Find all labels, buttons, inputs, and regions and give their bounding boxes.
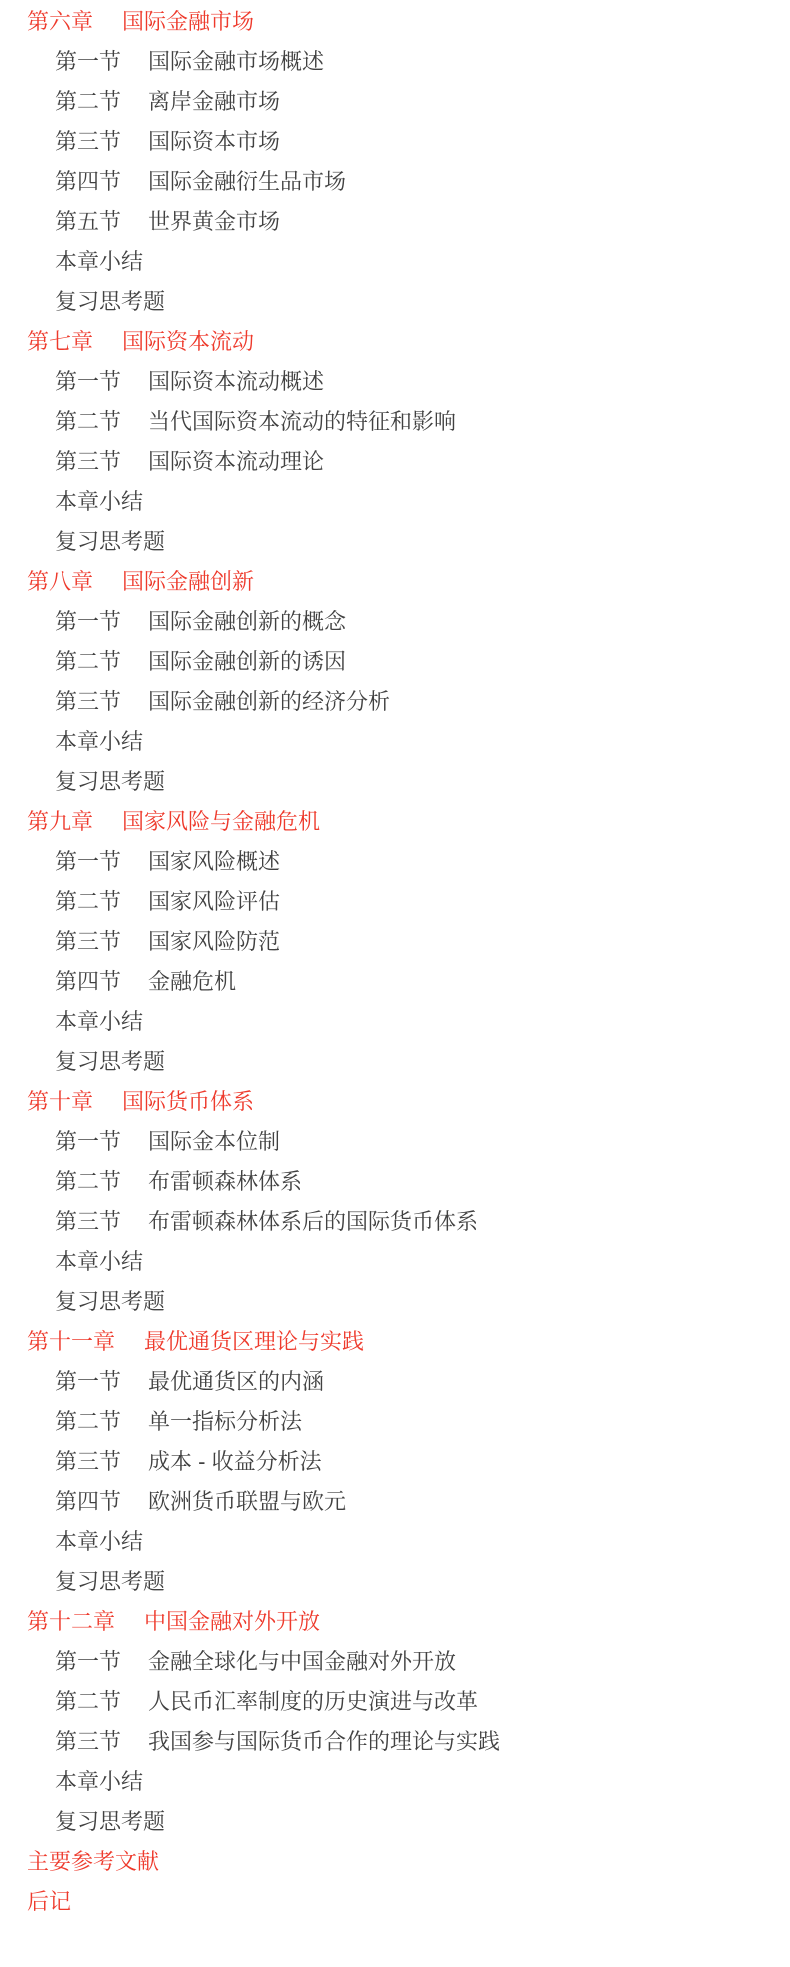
toc-entry-title: 本章小结 <box>55 1762 143 1802</box>
toc-backmatter-row[interactable]: 主要参考文献 <box>0 1842 790 1882</box>
toc-section-row[interactable]: 第三节国家风险防范 <box>0 922 790 962</box>
toc-entry-title: 国家风险评估 <box>148 882 280 922</box>
toc-entry-title: 国际金融创新的诱因 <box>148 642 346 682</box>
toc-entry-label: 第二节 <box>55 882 121 922</box>
toc-entry-title: 复习思考题 <box>55 762 165 802</box>
toc-entry-title: 本章小结 <box>55 482 143 522</box>
toc-entry-title: 离岸金融市场 <box>148 82 280 122</box>
toc-chapter-row[interactable]: 第九章国家风险与金融危机 <box>0 802 790 842</box>
toc-entry-title: 国家风险防范 <box>148 922 280 962</box>
toc-entry-title: 本章小结 <box>55 722 143 762</box>
toc-entry-label: 第三节 <box>55 682 121 722</box>
toc-entry-title: 单一指标分析法 <box>148 1402 302 1442</box>
toc-entry-label: 第三节 <box>55 442 121 482</box>
toc-section-row[interactable]: 第三节国际资本流动理论 <box>0 442 790 482</box>
toc-entry-label: 第八章 <box>27 562 93 602</box>
toc-section-row[interactable]: 第一节国际金融创新的概念 <box>0 602 790 642</box>
toc-section-row[interactable]: 第一节国际金融市场概述 <box>0 42 790 82</box>
toc-backmatter-row[interactable]: 后记 <box>0 1882 790 1922</box>
toc-entry-label: 第五节 <box>55 202 121 242</box>
toc-plain-row[interactable]: 本章小结 <box>0 242 790 282</box>
toc-section-row[interactable]: 第二节布雷顿森林体系 <box>0 1162 790 1202</box>
toc-section-row[interactable]: 第四节金融危机 <box>0 962 790 1002</box>
toc-entry-label: 第一节 <box>55 1642 121 1682</box>
toc-entry-label: 第三节 <box>55 1442 121 1482</box>
toc-section-row[interactable]: 第二节国家风险评估 <box>0 882 790 922</box>
toc-section-row[interactable]: 第一节国际资本流动概述 <box>0 362 790 402</box>
toc-entry-title: 复习思考题 <box>55 282 165 322</box>
toc-entry-title: 国际资本流动 <box>122 322 254 362</box>
toc-entry-label: 第十一章 <box>27 1322 115 1362</box>
toc-section-row[interactable]: 第二节离岸金融市场 <box>0 82 790 122</box>
toc-entry-title: 我国参与国际货币合作的理论与实践 <box>148 1722 500 1762</box>
toc-plain-row[interactable]: 复习思考题 <box>0 282 790 322</box>
toc-entry-title: 最优通货区的内涵 <box>148 1362 324 1402</box>
toc-entry-title: 国际金融创新 <box>122 562 254 602</box>
toc-entry-label: 第九章 <box>27 802 93 842</box>
toc-section-row[interactable]: 第三节布雷顿森林体系后的国际货币体系 <box>0 1202 790 1242</box>
toc-entry-title: 本章小结 <box>55 1242 143 1282</box>
toc-entry-label: 第三节 <box>55 1202 121 1242</box>
toc-section-row[interactable]: 第三节国际资本市场 <box>0 122 790 162</box>
toc-entry-title: 国际资本流动概述 <box>148 362 324 402</box>
toc-entry-title: 本章小结 <box>55 1002 143 1042</box>
toc-entry-title: 国际金本位制 <box>148 1122 280 1162</box>
toc-entry-title: 国际金融市场 <box>122 2 254 42</box>
toc-entry-label: 第二节 <box>55 402 121 442</box>
toc-entry-label: 第三节 <box>55 122 121 162</box>
toc-entry-title: 国际金融创新的经济分析 <box>148 682 390 722</box>
toc-entry-title: 复习思考题 <box>55 1562 165 1602</box>
toc-entry-title: 中国金融对外开放 <box>144 1602 320 1642</box>
toc-entry-title: 国际货币体系 <box>122 1082 254 1122</box>
toc-entry-label: 第一节 <box>55 842 121 882</box>
toc-section-row[interactable]: 第三节国际金融创新的经济分析 <box>0 682 790 722</box>
toc-entry-title: 国际金融市场概述 <box>148 42 324 82</box>
toc-section-row[interactable]: 第五节世界黄金市场 <box>0 202 790 242</box>
toc-entry-label: 第七章 <box>27 322 93 362</box>
toc-plain-row[interactable]: 本章小结 <box>0 1522 790 1562</box>
toc-entry-title: 复习思考题 <box>55 1282 165 1322</box>
toc-entry-label: 第十章 <box>27 1082 93 1122</box>
toc-section-row[interactable]: 第一节国家风险概述 <box>0 842 790 882</box>
toc-entry-title: 国家风险与金融危机 <box>122 802 320 842</box>
toc-section-row[interactable]: 第四节国际金融衍生品市场 <box>0 162 790 202</box>
toc-chapter-row[interactable]: 第十章国际货币体系 <box>0 1082 790 1122</box>
table-of-contents: 第六章国际金融市场第一节国际金融市场概述第二节离岸金融市场第三节国际资本市场第四… <box>0 0 790 1922</box>
toc-entry-label: 第三节 <box>55 1722 121 1762</box>
toc-entry-title: 布雷顿森林体系 <box>148 1162 302 1202</box>
toc-chapter-row[interactable]: 第十一章最优通货区理论与实践 <box>0 1322 790 1362</box>
toc-plain-row[interactable]: 复习思考题 <box>0 522 790 562</box>
toc-section-row[interactable]: 第一节国际金本位制 <box>0 1122 790 1162</box>
toc-entry-label: 第十二章 <box>27 1602 115 1642</box>
toc-entry-label: 第四节 <box>55 1482 121 1522</box>
toc-entry-title: 后记 <box>27 1882 71 1922</box>
toc-plain-row[interactable]: 复习思考题 <box>0 1042 790 1082</box>
toc-entry-label: 第二节 <box>55 1682 121 1722</box>
toc-entry-label: 第二节 <box>55 1162 121 1202</box>
toc-section-row[interactable]: 第二节国际金融创新的诱因 <box>0 642 790 682</box>
toc-entry-title: 最优通货区理论与实践 <box>144 1322 364 1362</box>
toc-plain-row[interactable]: 本章小结 <box>0 482 790 522</box>
toc-entry-title: 成本 - 收益分析法 <box>148 1442 322 1482</box>
toc-entry-title: 当代国际资本流动的特征和影响 <box>148 402 456 442</box>
toc-entry-title: 布雷顿森林体系后的国际货币体系 <box>148 1202 478 1242</box>
toc-plain-row[interactable]: 复习思考题 <box>0 1802 790 1842</box>
toc-entry-label: 第二节 <box>55 82 121 122</box>
toc-chapter-row[interactable]: 第七章国际资本流动 <box>0 322 790 362</box>
toc-entry-label: 第四节 <box>55 962 121 1002</box>
toc-entry-title: 金融危机 <box>148 962 236 1002</box>
toc-plain-row[interactable]: 本章小结 <box>0 1002 790 1042</box>
toc-entry-label: 第一节 <box>55 362 121 402</box>
toc-plain-row[interactable]: 本章小结 <box>0 1762 790 1802</box>
toc-entry-title: 本章小结 <box>55 242 143 282</box>
toc-section-row[interactable]: 第三节成本 - 收益分析法 <box>0 1442 790 1482</box>
toc-entry-title: 国际资本流动理论 <box>148 442 324 482</box>
toc-section-row[interactable]: 第一节最优通货区的内涵 <box>0 1362 790 1402</box>
toc-entry-title: 世界黄金市场 <box>148 202 280 242</box>
toc-chapter-row[interactable]: 第十二章中国金融对外开放 <box>0 1602 790 1642</box>
toc-entry-label: 第二节 <box>55 642 121 682</box>
toc-entry-label: 第四节 <box>55 162 121 202</box>
toc-entry-title: 复习思考题 <box>55 1042 165 1082</box>
toc-section-row[interactable]: 第二节单一指标分析法 <box>0 1402 790 1442</box>
toc-entry-label: 第一节 <box>55 1122 121 1162</box>
toc-chapter-row[interactable]: 第六章国际金融市场 <box>0 2 790 42</box>
toc-plain-row[interactable]: 复习思考题 <box>0 1562 790 1602</box>
toc-plain-row[interactable]: 本章小结 <box>0 722 790 762</box>
toc-entry-title: 国际金融衍生品市场 <box>148 162 346 202</box>
toc-entry-title: 主要参考文献 <box>27 1842 159 1882</box>
toc-entry-title: 金融全球化与中国金融对外开放 <box>148 1642 456 1682</box>
toc-entry-title: 国际资本市场 <box>148 122 280 162</box>
toc-entry-title: 人民币汇率制度的历史演进与改革 <box>148 1682 478 1722</box>
toc-section-row[interactable]: 第二节当代国际资本流动的特征和影响 <box>0 402 790 442</box>
toc-plain-row[interactable]: 复习思考题 <box>0 1282 790 1322</box>
toc-plain-row[interactable]: 本章小结 <box>0 1242 790 1282</box>
toc-entry-label: 第三节 <box>55 922 121 962</box>
toc-entry-title: 本章小结 <box>55 1522 143 1562</box>
toc-entry-title: 国家风险概述 <box>148 842 280 882</box>
toc-entry-label: 第一节 <box>55 1362 121 1402</box>
toc-entry-label: 第二节 <box>55 1402 121 1442</box>
toc-plain-row[interactable]: 复习思考题 <box>0 762 790 802</box>
toc-entry-title: 国际金融创新的概念 <box>148 602 346 642</box>
toc-entry-title: 欧洲货币联盟与欧元 <box>148 1482 346 1522</box>
toc-section-row[interactable]: 第一节金融全球化与中国金融对外开放 <box>0 1642 790 1682</box>
toc-entry-label: 第一节 <box>55 602 121 642</box>
toc-entry-label: 第六章 <box>27 2 93 42</box>
toc-entry-label: 第一节 <box>55 42 121 82</box>
toc-chapter-row[interactable]: 第八章国际金融创新 <box>0 562 790 602</box>
toc-entry-title: 复习思考题 <box>55 1802 165 1842</box>
toc-section-row[interactable]: 第四节欧洲货币联盟与欧元 <box>0 1482 790 1522</box>
toc-entry-title: 复习思考题 <box>55 522 165 562</box>
toc-section-row[interactable]: 第三节我国参与国际货币合作的理论与实践 <box>0 1722 790 1762</box>
toc-section-row[interactable]: 第二节人民币汇率制度的历史演进与改革 <box>0 1682 790 1722</box>
